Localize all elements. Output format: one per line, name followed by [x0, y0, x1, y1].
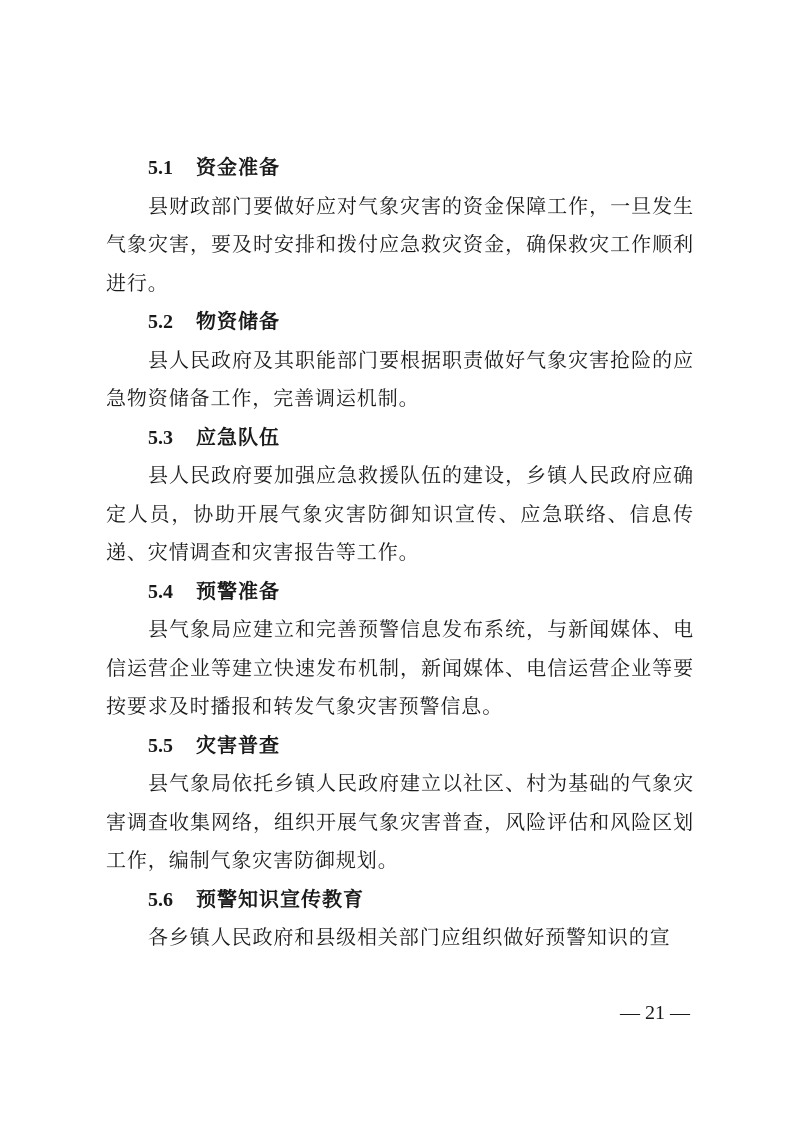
page-number: — 21 — — [620, 1002, 690, 1025]
section-title: 资金准备 — [196, 155, 280, 179]
section-number: 5.4 — [148, 573, 196, 612]
section-body-5-2: 县人民政府及其职能部门要根据职责做好气象灾害抢险的应急物资储备工作，完善调运机制… — [106, 341, 694, 418]
section-heading-5-4: 5.4预警准备 — [106, 572, 694, 611]
section-title: 物资储备 — [196, 309, 280, 333]
section-body-5-6: 各乡镇人民政府和县级相关部门应组织做好预警知识的宣 — [106, 918, 694, 957]
section-heading-5-6: 5.6预警知识宣传教育 — [106, 880, 694, 919]
section-title: 灾害普查 — [196, 733, 280, 757]
section-title: 预警知识宣传教育 — [196, 887, 364, 911]
section-number: 5.3 — [148, 419, 196, 458]
section-title: 应急队伍 — [196, 425, 280, 449]
section-number: 5.2 — [148, 303, 196, 342]
section-heading-5-2: 5.2物资储备 — [106, 302, 694, 341]
section-number: 5.5 — [148, 727, 196, 766]
section-title: 预警准备 — [196, 579, 280, 603]
section-heading-5-3: 5.3应急队伍 — [106, 418, 694, 457]
document-page: 5.1资金准备 县财政部门要做好应对气象灾害的资金保障工作，一旦发生气象灾害，要… — [106, 148, 694, 957]
section-number: 5.6 — [148, 881, 196, 920]
section-body-5-1: 县财政部门要做好应对气象灾害的资金保障工作，一旦发生气象灾害，要及时安排和拨付应… — [106, 187, 694, 303]
section-body-5-4: 县气象局应建立和完善预警信息发布系统，与新闻媒体、电信运营企业等建立快速发布机制… — [106, 610, 694, 726]
section-body-5-3: 县人民政府要加强应急救援队伍的建设，乡镇人民政府应确定人员，协助开展气象灾害防御… — [106, 456, 694, 572]
section-heading-5-1: 5.1资金准备 — [106, 148, 694, 187]
section-heading-5-5: 5.5灾害普查 — [106, 726, 694, 765]
section-body-5-5: 县气象局依托乡镇人民政府建立以社区、村为基础的气象灾害调查收集网络，组织开展气象… — [106, 764, 694, 880]
section-number: 5.1 — [148, 149, 196, 188]
